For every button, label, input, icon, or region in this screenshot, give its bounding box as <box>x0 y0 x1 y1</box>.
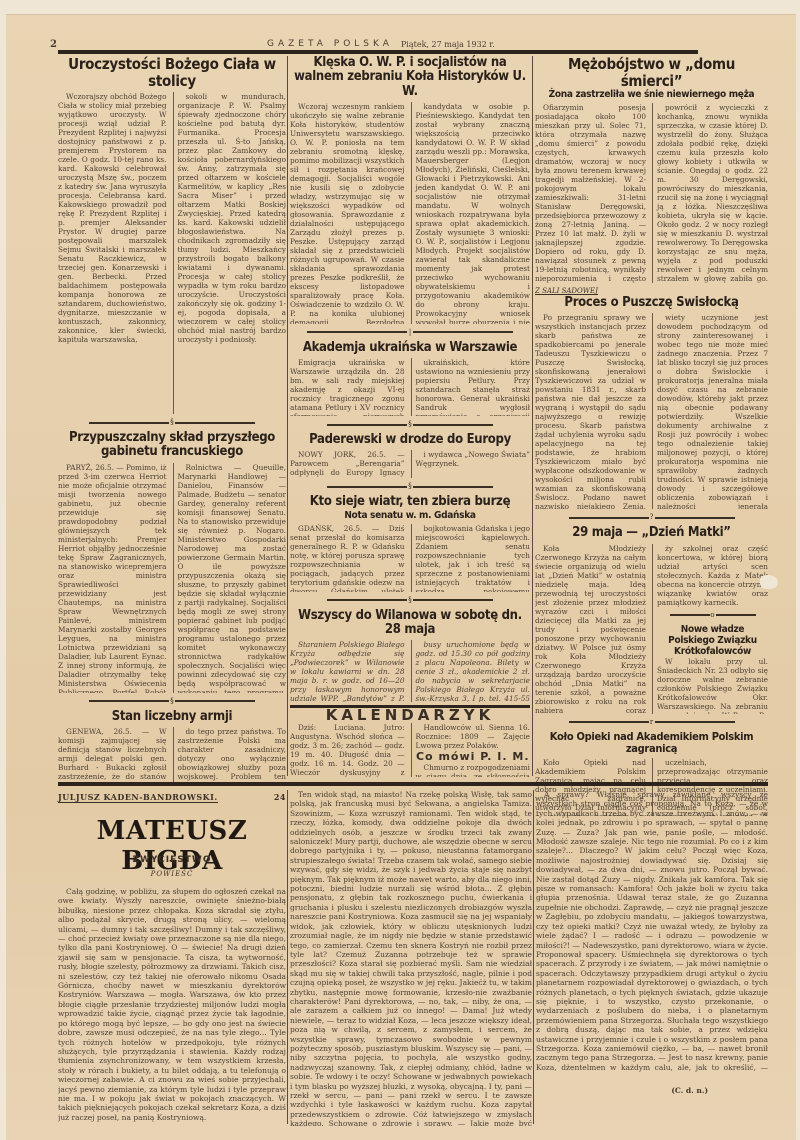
separator: o <box>657 611 768 620</box>
article-text: Ofiarzymin posesja posiadająca około 100… <box>535 103 646 283</box>
article-text: kandydata w osobie p. Pieśniewskiego. Ka… <box>416 102 531 324</box>
article-text: do tego przez państwa. To zastrzeżenie P… <box>178 727 287 785</box>
article-subtitle-mezobojstwo: Żona zastrzeliła we śnie niewiernego męż… <box>535 89 768 100</box>
column-rule <box>532 56 533 776</box>
article-title-kolo-opieki: Koło Opieki nad Akademikiem Polskim zagr… <box>535 731 768 755</box>
separator: ? <box>535 513 768 522</box>
article-title-gabinet: Przypuszczalny skład przyszłego gabinetu… <box>58 431 286 460</box>
article-text: Wczoraj wczesnym rankiem ukończyło się w… <box>290 102 405 324</box>
article-text: busy uruchomione będą w godz. od 15.30 c… <box>416 640 531 702</box>
novel-title: MATEUSZ BIGDA <box>58 816 286 876</box>
calendar-text: Dziś: Luciana. Jutro: Augustyna. Wschód … <box>290 723 405 777</box>
article-subtitle-gdansk: Nota senatu w. m. Gdańska <box>290 510 530 521</box>
article-title-krotkofalowcy: Nowe władze Polskiego Związku Krótkofalo… <box>657 624 768 657</box>
article-title-bozego-ciala: Uroczystości Bożego Ciała w stolicy <box>58 56 286 89</box>
masthead-rule <box>58 50 698 54</box>
article-text: ży szkolnej oraz część koncertowa, w któ… <box>657 544 768 607</box>
newspaper-name: GAZETA POLSKA <box>267 39 393 49</box>
column-1: Uroczystości Bożego Ciała w stolicy Wczo… <box>58 56 286 785</box>
novel-text: Ten widok stąd, na miasto! Na rzekę pols… <box>290 790 532 1126</box>
article-text: Po przegraniu sprawy we wszystkich insta… <box>535 313 646 509</box>
article-text: GENEWA, 26.5. — W komisji zajmującej się… <box>58 727 167 785</box>
article-text: bojkotowania Gdańska i jego miejscowości… <box>416 524 531 592</box>
novel-text: Całą godzinę, w pobliżu, za słupem do og… <box>58 887 286 1122</box>
article-text: powrócił z wycieczki z kochanką, znowu w… <box>657 103 768 283</box>
article-title-owp: Klęska O. W. P. i socjalistów na walnem … <box>290 56 530 99</box>
article-text: sokoli w mundurach, organizacje P. W. Ps… <box>178 92 287 344</box>
article-title-wilanow: Wszyscy do Wilanowa w sobotę dn. 28 maja <box>290 609 530 638</box>
article-title-akademja: Akademja ukraińska w Warszawie <box>290 341 530 355</box>
novel-section: JULJUSZ KADEN-BANDROWSKI. 24 MATEUSZ BIG… <box>58 782 768 786</box>
article-text: Wczorajszy obchód Bożego Ciała w stolicy… <box>58 92 167 344</box>
column-3: Mężobójstwo w „domu śmierci” Żona zastrz… <box>535 56 768 816</box>
article-title-mezobojstwo: Mężobójstwo w „domu śmierci” <box>535 56 768 89</box>
kalendarzyk-title: KALENDARZYK <box>290 711 530 720</box>
article-title-gdansk: Kto sieje wiatr, ten zbiera burzę <box>290 495 530 509</box>
article-text: i wydawca „Nowego Świata” Węgrzynek. <box>416 450 531 468</box>
continued-note: (C. d. n.) <box>536 1086 768 1095</box>
article-text: GDAŃSK, 26.5. — Dziś senat przesłał do k… <box>290 524 405 592</box>
novel-genre: POWIEŚĆ <box>58 870 286 878</box>
novel-installment: 24 <box>274 792 286 803</box>
separator: | <box>290 328 530 337</box>
article-text: Koła Młodzieży Czerwonego Krzyża na cały… <box>535 544 646 714</box>
separator: § <box>58 697 286 706</box>
article-text: W lokalu przy ul. Śniadeckich Nr. 23 odb… <box>657 657 768 714</box>
article-text: NOWY JORK, 26.5. — Parowcem „Berengaria”… <box>290 450 405 478</box>
column-rule <box>287 790 288 1124</box>
separator: § <box>290 420 530 429</box>
column-rule <box>287 56 288 776</box>
article-text: wiety uczynione jest dowodem pochodzącym… <box>657 313 768 509</box>
issue-date: Piątek, 27 maja 1932 r. <box>401 40 495 49</box>
article-text: Rolnictwa — Queuille, Marynarki Handlowe… <box>178 463 287 693</box>
article-title-paderewski: Paderewski w drodze do Europy <box>290 433 530 447</box>
article-title-dzien-matki: 29 maja — „Dzień Matki” <box>535 526 768 540</box>
separator: r <box>535 718 768 727</box>
article-text: Staraniem Polskiego Białego Krzyża odbęd… <box>290 640 405 702</box>
column-2: Klęska O. W. P. i socjalistów na walnem … <box>290 56 530 777</box>
separator: § <box>290 482 530 491</box>
novel-byline: JULJUSZ KADEN-BANDROWSKI. 24 <box>58 792 286 803</box>
separator: § <box>58 418 286 427</box>
separator: § <box>290 596 530 605</box>
calendar-text: Handlowców ul. Sienna 16. Rocznice: 1809… <box>416 723 531 750</box>
masthead: 2 GAZETA POLSKA Piątek, 27 maja 1932 r. <box>50 38 700 50</box>
article-text: Emigracja ukraińska w Warszawie urządził… <box>290 358 405 416</box>
page-number: 2 <box>50 39 59 50</box>
article-text: PARYŻ, 26.5. — Pomimo, iż przed 3-im cze… <box>58 463 167 693</box>
paper-tear <box>760 575 778 589</box>
novel-subtitle: ZWYCIĘSTWO <box>58 855 286 865</box>
weather-forecast: Chmurno z rozpogodzeniami w ciągu dnia, … <box>416 763 531 777</box>
novel-text: A sprawy? Właśnie, sprawy zawikłane, wsz… <box>536 790 768 1072</box>
weather-title: Co mówi P. I. M. <box>416 752 531 761</box>
section-rule <box>58 782 768 786</box>
column-rule <box>533 790 534 1124</box>
article-text: ukraińskich, które ustawiono na wzniesie… <box>416 358 531 416</box>
novel-author: JULJUSZ KADEN-BANDROWSKI. <box>58 792 218 803</box>
article-title-armja: Stan liczebny armji <box>58 710 286 724</box>
article-title-puszcza: Proces o Puszczę Swisłocką <box>535 296 768 310</box>
